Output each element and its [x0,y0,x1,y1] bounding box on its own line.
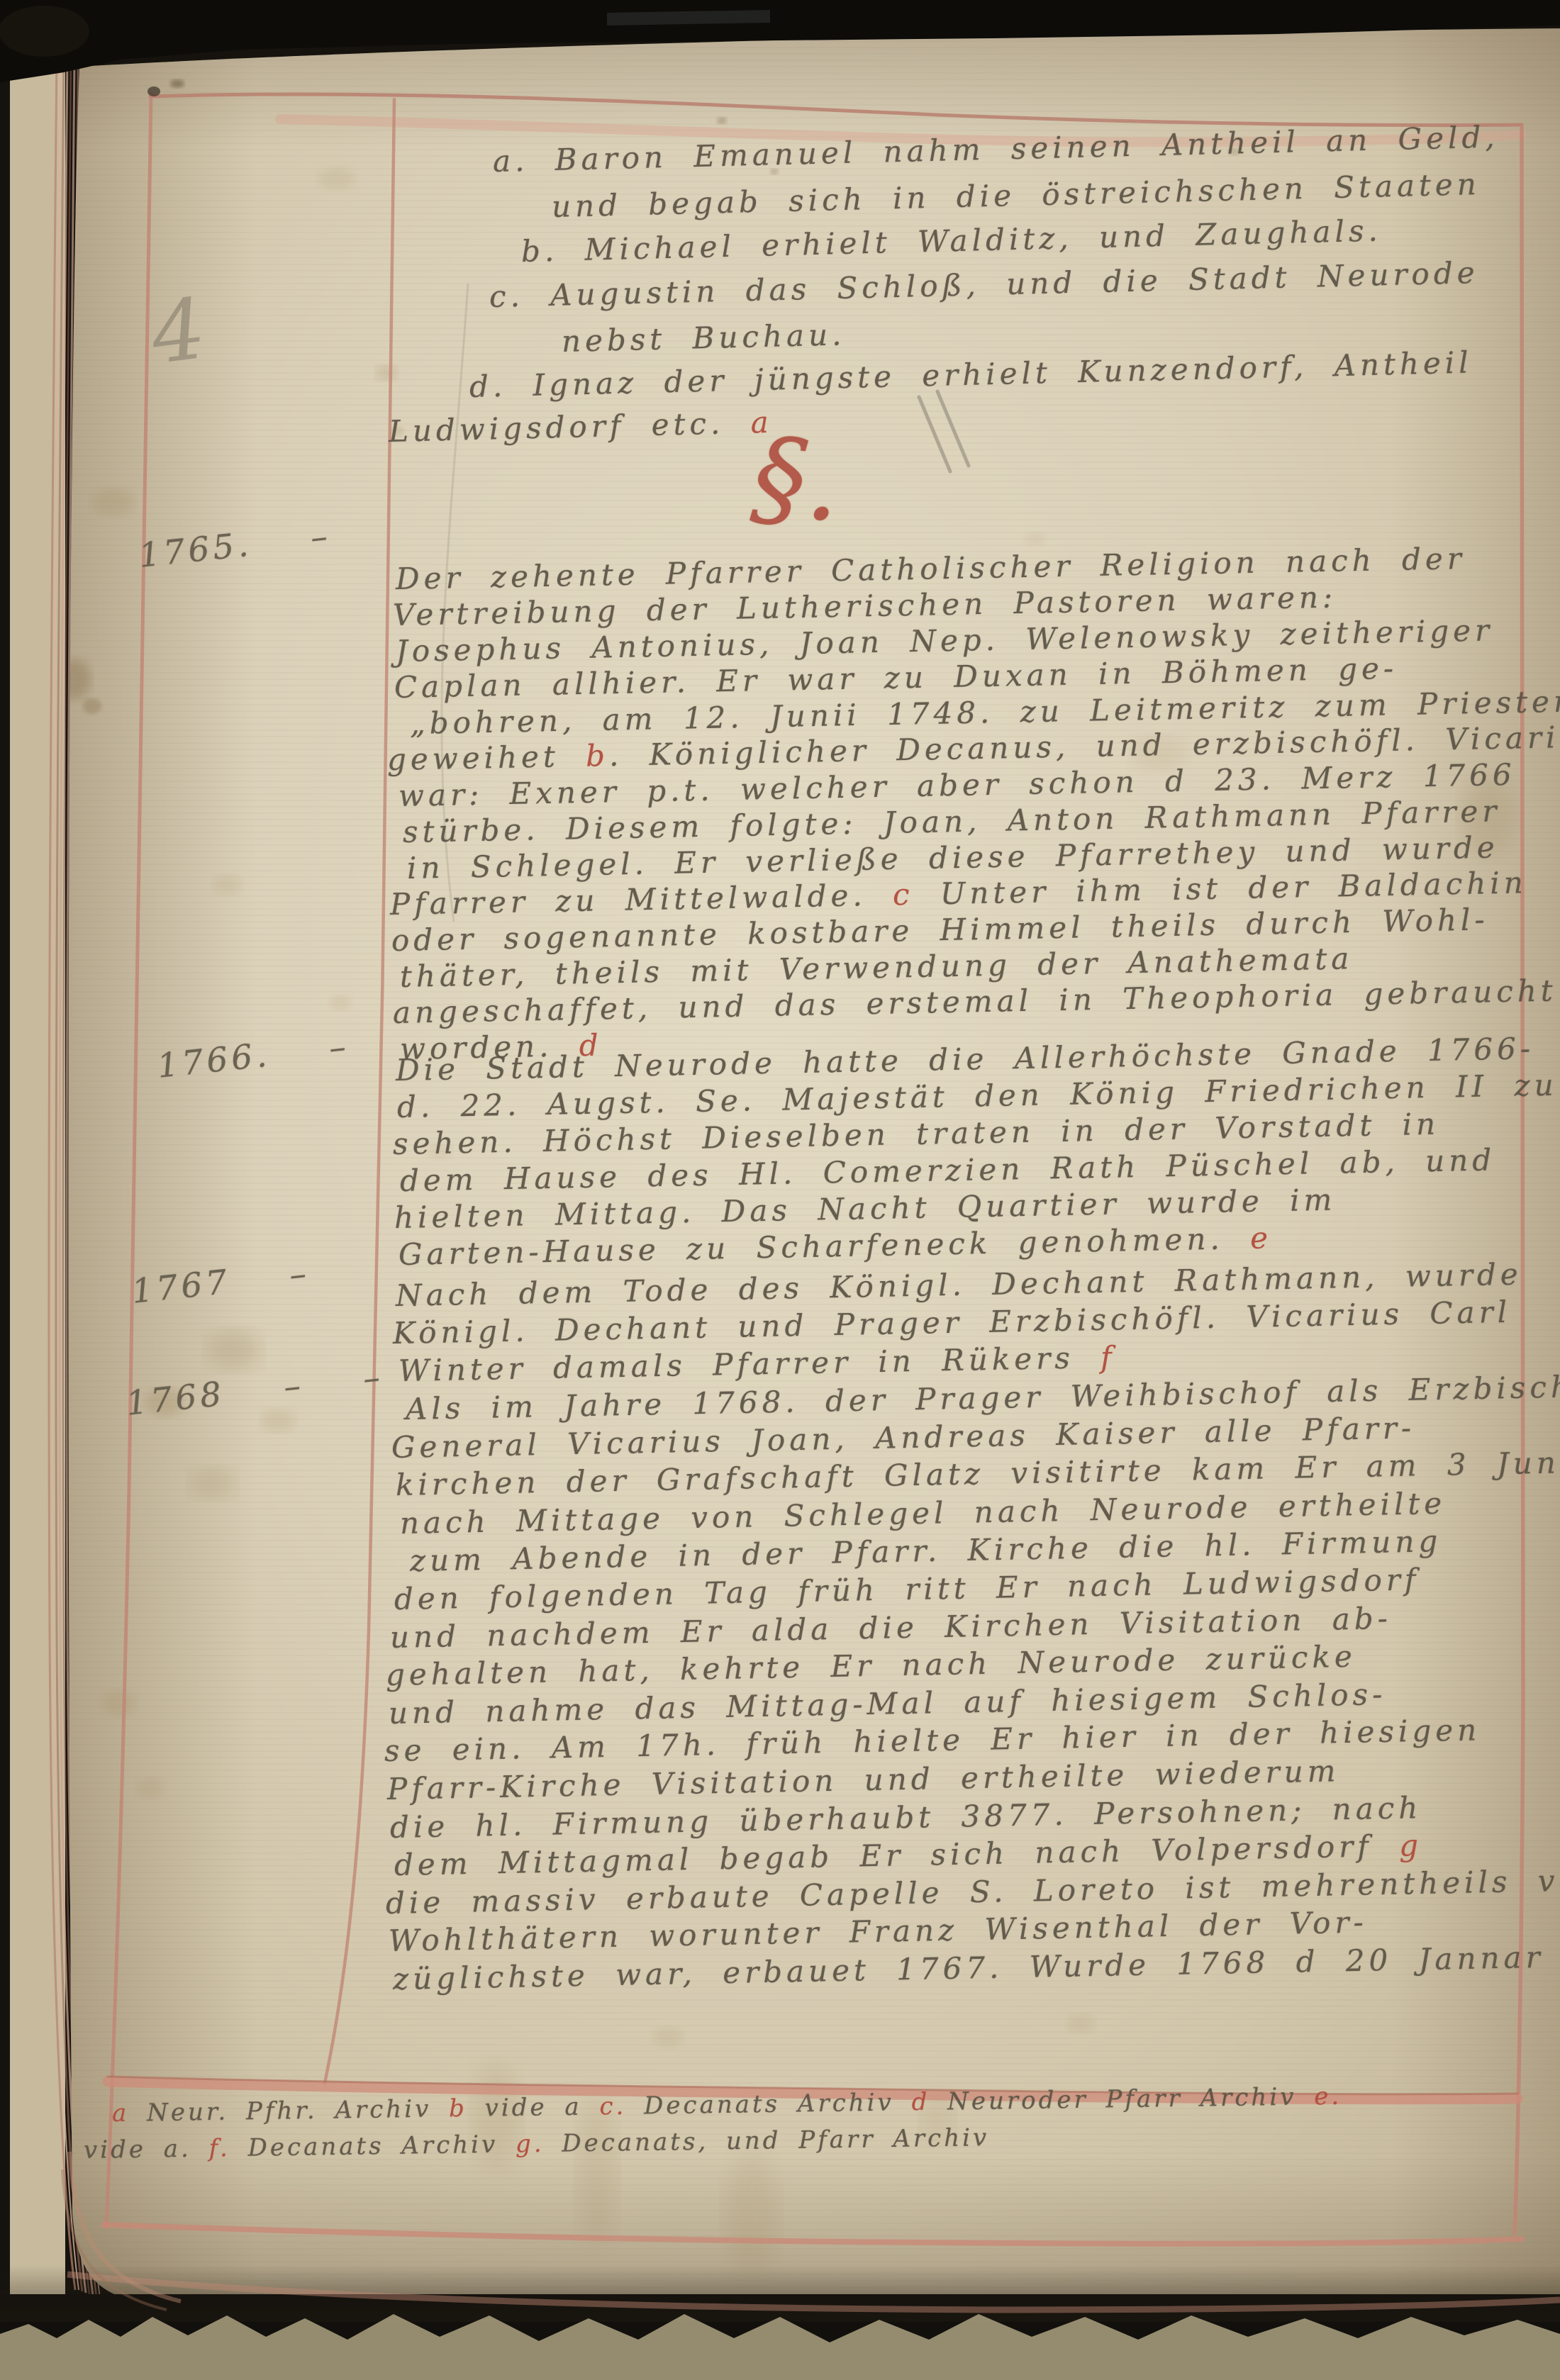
margin-year-label: 1766. – [155,1029,351,1085]
rubric-footnote-marker: a [112,2099,130,2128]
rubric-footnote-marker: f. [208,2134,230,2162]
footnote-line: vide a. f. Decanats Archiv g. Decanats, … [84,2125,990,2164]
margin-year-label: 1768 – – [124,1360,385,1421]
rubric-footnote-marker: c [893,877,914,912]
rubric-footnote-marker: a [750,405,773,440]
pencil-mark: 4 [146,279,211,383]
rubric-footnote-marker: b [586,738,610,773]
rubric-footnote-marker: f [1101,1340,1116,1375]
header-note-line: Ludwigsdorf etc. a [388,407,773,447]
rubric-footnote-marker: e. [1314,2082,1342,2111]
rubric-footnote-marker: e [1250,1220,1273,1256]
rubric-footnote-marker: d [911,2088,930,2116]
margin-year-label: 1765. – [137,519,333,574]
rubric-footnote-marker: g. [516,2130,545,2159]
rubric-footnote-marker: c. [599,2092,626,2121]
margin-year-label: 1767 – [130,1256,311,1309]
header-note-line: b. Michael erhielt Walditz, und Zaughals… [520,215,1382,267]
rubric-footnote-marker: g [1399,1828,1423,1863]
manuscript-text: §. 4 a. Baron Emanuel nahm seinen Anthei… [0,0,1560,2380]
header-note-line: nebst Buchau. [561,319,845,357]
footnote-line: a Neur. Pfhr. Archiv b vide a c. Decanat… [112,2084,1342,2127]
rubric-footnote-marker: b [449,2094,467,2123]
header-note-line: a. Baron Emanuel nahm seinen Antheil an … [492,121,1499,177]
manuscript-photo: §. 4 a. Baron Emanuel nahm seinen Anthei… [0,0,1560,2380]
